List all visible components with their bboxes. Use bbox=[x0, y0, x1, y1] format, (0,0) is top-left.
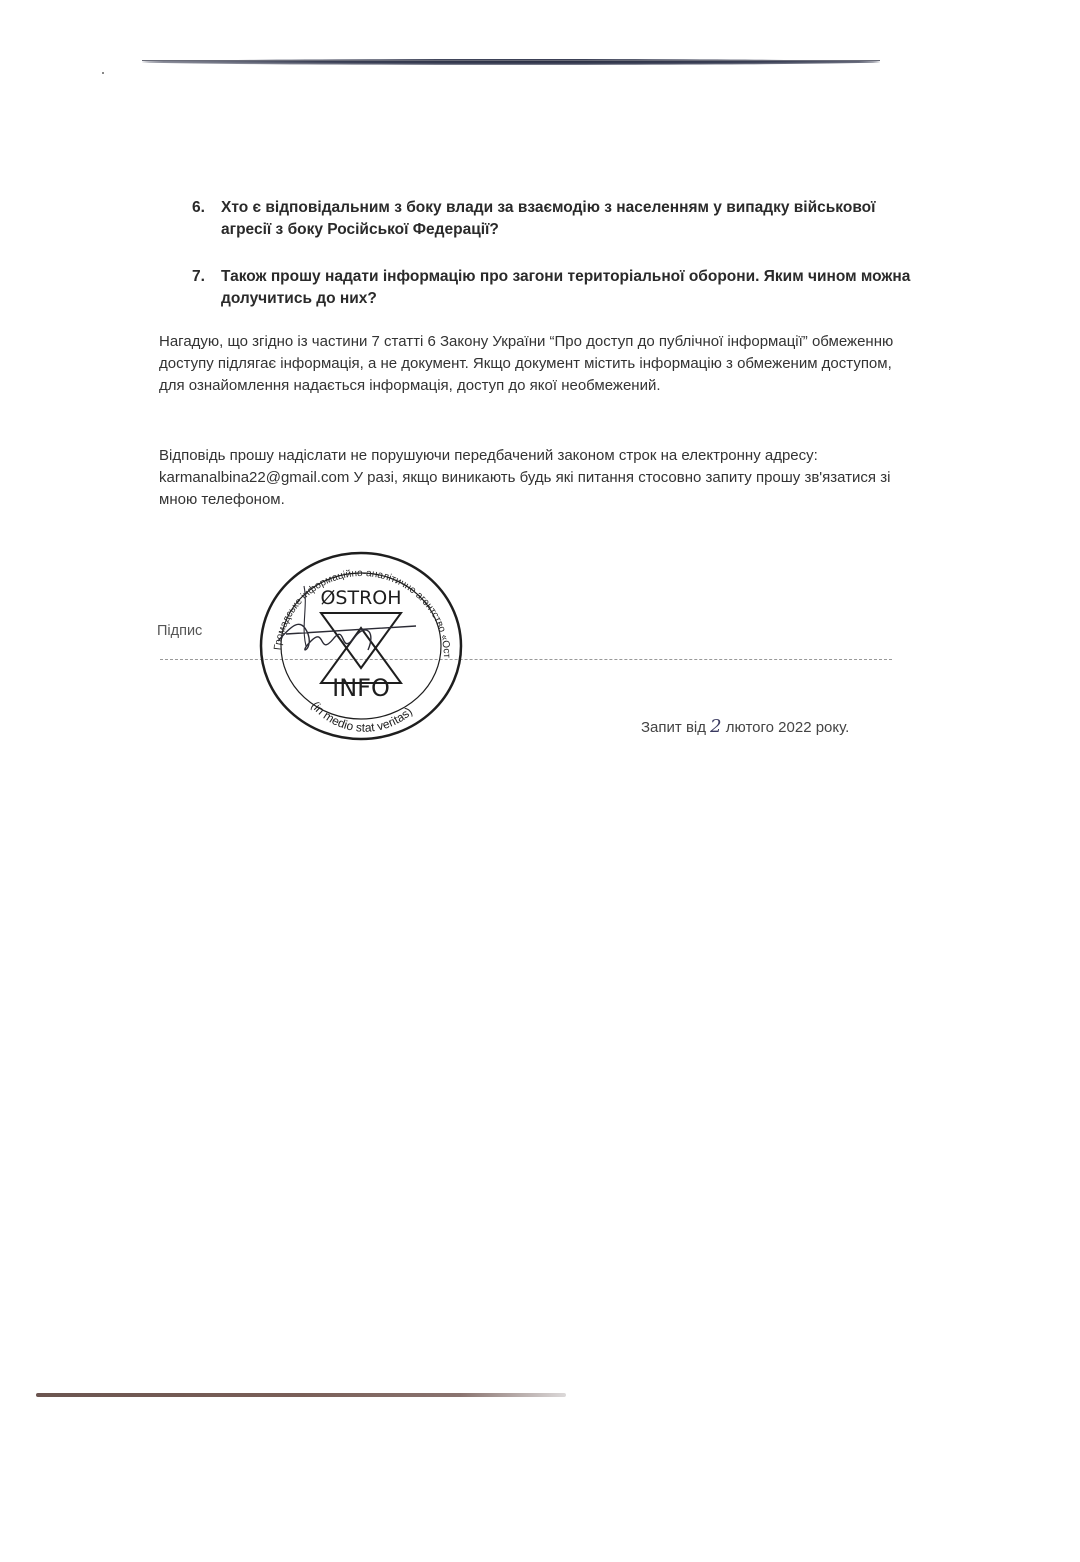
stamp-top-word: ØSTROH bbox=[320, 587, 401, 609]
signature-label: Підпис bbox=[157, 623, 202, 639]
date-suffix: лютого 2022 року. bbox=[726, 719, 850, 736]
scan-speck bbox=[102, 72, 104, 74]
question-text: Також прошу надати інформацію про загони… bbox=[221, 266, 912, 310]
scan-edge-top-line bbox=[142, 60, 880, 61]
question-number: 6. bbox=[192, 197, 205, 219]
scan-edge-bottom bbox=[36, 1393, 566, 1397]
stamp-bottom-word: INFO bbox=[332, 674, 390, 702]
request-date: Запит від 2 лютого 2022 року. bbox=[641, 716, 849, 737]
question-7: 7. Також прошу надати інформацію про заг… bbox=[192, 266, 912, 310]
question-number: 7. bbox=[192, 266, 205, 288]
stamp-motto: (in medio stat veritas) bbox=[308, 699, 415, 735]
question-text: Хто є відповідальним з боку влади за вза… bbox=[221, 197, 912, 241]
date-prefix: Запит від bbox=[641, 719, 706, 736]
reminder-paragraph: Нагадую, що згідно із частини 7 статті 6… bbox=[159, 331, 899, 397]
organization-stamp: Громадське інформаційно-аналітичне агент… bbox=[256, 546, 466, 741]
stamp-icon: Громадське інформаційно-аналітичне агент… bbox=[256, 546, 466, 741]
response-request-paragraph: Відповідь прошу надіслати не порушуючи п… bbox=[159, 445, 899, 511]
svg-text:(in medio stat veritas): (in medio stat veritas) bbox=[308, 699, 415, 735]
question-6: 6. Хто є відповідальним з боку влади за … bbox=[192, 197, 912, 241]
date-day-handwritten: 2 bbox=[710, 716, 721, 737]
